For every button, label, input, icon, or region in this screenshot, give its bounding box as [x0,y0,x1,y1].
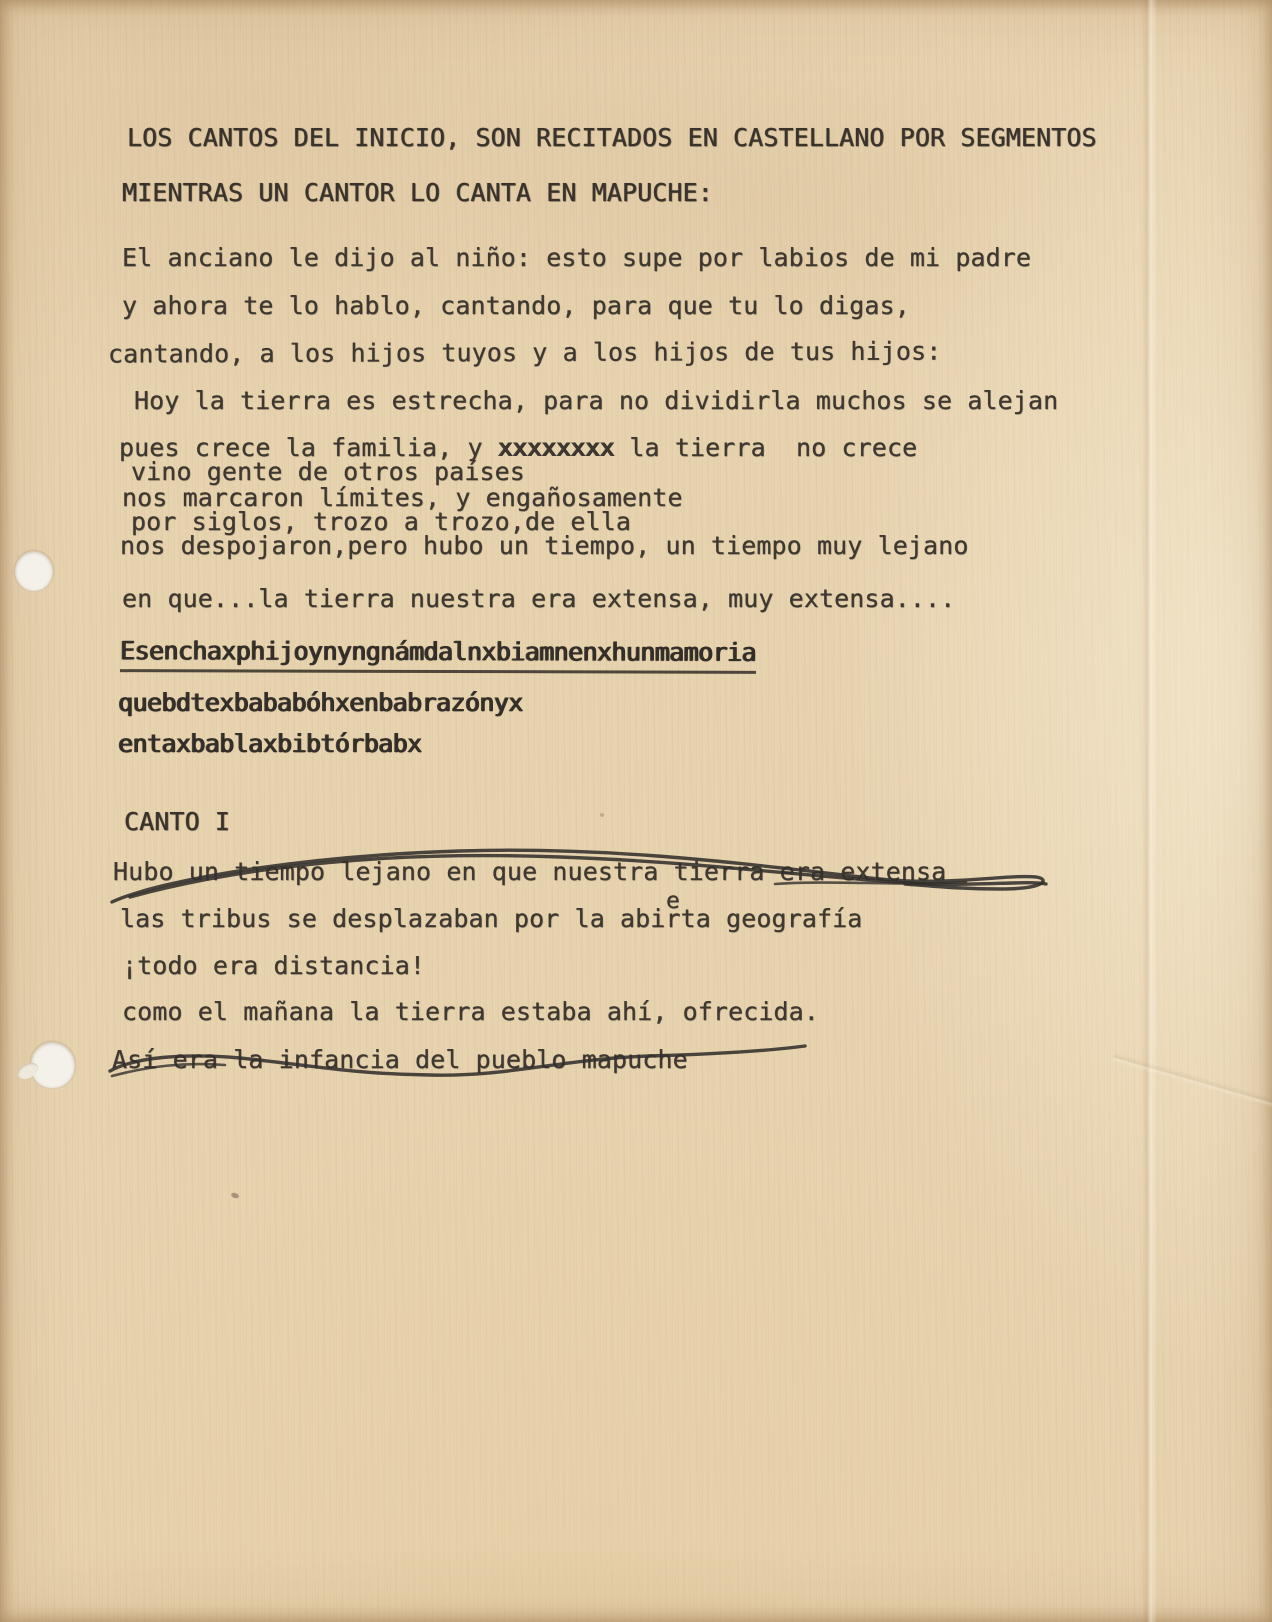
typed-line-ahora: y ahora te lo hablo, cantando, para que … [122,292,910,321]
typed-line-anciano: El anciano le dijo al niño: esto supe po… [122,244,1031,273]
paper-speck [600,813,604,817]
overstruck-line-3: entaxbablaxbibtórbabx [118,730,421,759]
typed-line-como: como el mañana la tierra estaba ahí, ofr… [122,998,819,1027]
typed-line-hubo: Hubo un tiempo lejano en que nuestra tie… [113,858,946,887]
typed-line-extensa: en que...la tierra nuestra era extensa, … [122,585,955,614]
typed-text: la tierra no crece [614,433,917,462]
typed-line-todo: ¡todo era distancia! [122,952,425,981]
paper-crease-diagonal [1112,1052,1272,1142]
paper-speck [230,1192,239,1199]
superscript-correction-e: e [666,888,680,914]
typed-line-hoy: Hoy la tierra es estrecha, para no divid… [134,387,1058,416]
typed-text: rta geografía [665,904,862,933]
punch-hole-bottom [31,1042,75,1088]
canto-title: CANTO I [124,808,230,837]
heading-line-2: MIENTRAS UN CANTOR LO CANTA EN MAPUCHE: [122,179,713,208]
typed-line-tribus: las tribus se desplazaban por la abierta… [120,905,862,934]
paper-sheet: LOS CANTOS DEL INICIO, SON RECITADOS EN … [0,0,1272,1622]
overstruck-line-2: quebdtexbababóhxenbabrazónyx [118,689,523,718]
typed-line-asi: Así era la infancia del pueblo mapuche [112,1046,688,1075]
typed-text: las tribus se desplazaban por la abi [120,904,665,933]
punch-hole-top [15,551,53,591]
typed-line-cantando: cantando, a los hijos tuyos y a los hijo… [108,338,941,370]
overstruck-line-1: Esenchaxphijoynyngnámdalnxbiamnenxhunmam… [120,637,756,673]
typed-line-despojaron: nos despojaron,pero hubo un tiempo, un t… [120,532,968,561]
heading-line-1: LOS CANTOS DEL INICIO, SON RECITADOS EN … [127,124,1097,153]
paper-crease-vertical [1141,0,1157,1622]
